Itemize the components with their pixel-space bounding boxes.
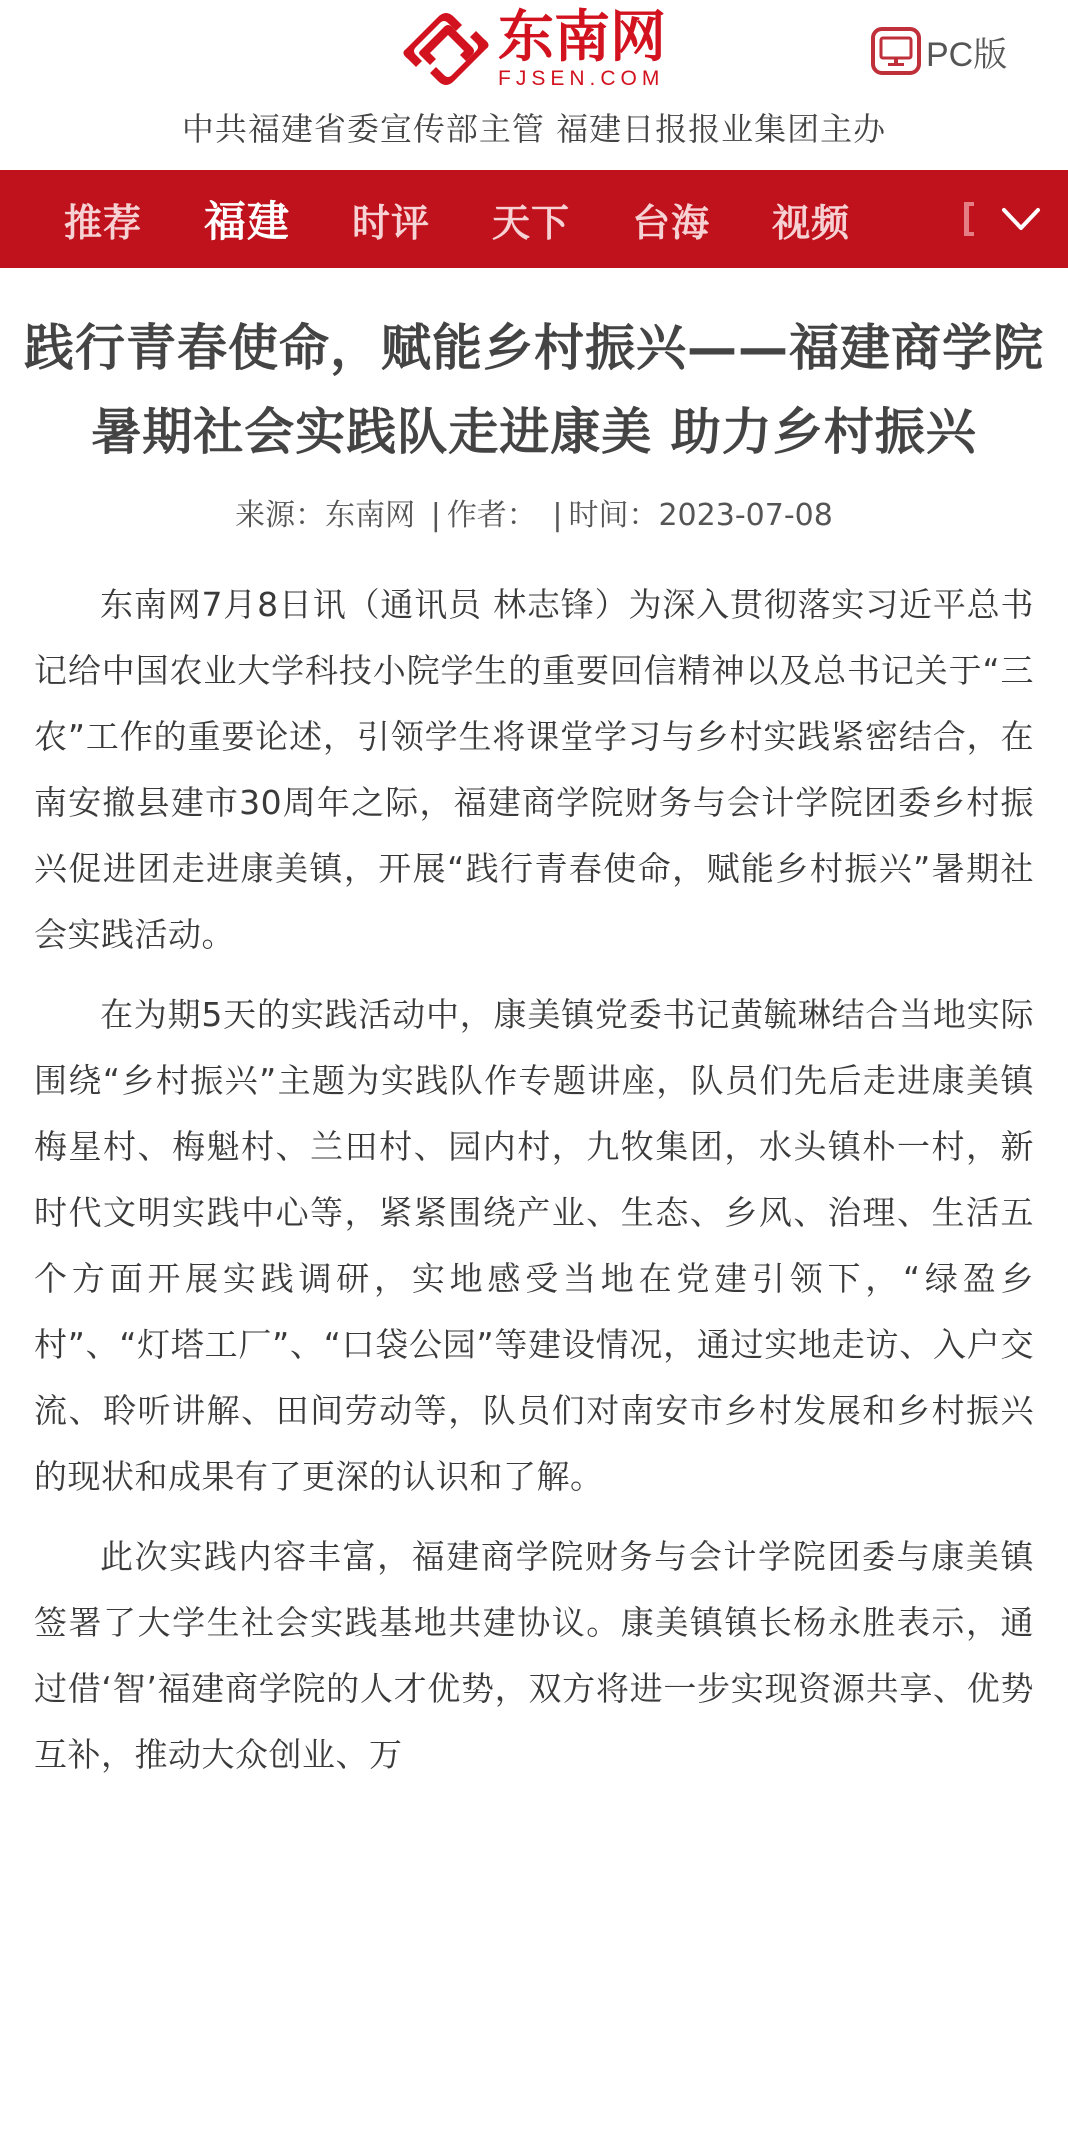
logo-chinese-text: 东南网 [498, 8, 666, 68]
source-value: 东南网 [325, 498, 415, 533]
nav-item-truncated[interactable] [964, 202, 974, 236]
site-header: 东南网 FJSEN.COM PC版 中共福建省委宣传部主管 福建日报报业集团主办 [0, 0, 1068, 170]
article-title: 践行青春使命，赋能乡村振兴——福建商学院暑期社会实践队走进康美 助力乡村振兴 [16, 306, 1052, 474]
article: 践行青春使命，赋能乡村振兴——福建商学院暑期社会实践队走进康美 助力乡村振兴 来… [0, 268, 1068, 1802]
nav-item-fujian[interactable]: 福建 [204, 189, 290, 249]
nav-item-recommend[interactable]: 推荐 [64, 192, 142, 247]
fjsen-logo-icon [398, 7, 494, 91]
logo-english-text: FJSEN.COM [498, 68, 666, 90]
pc-version-link[interactable]: PC版 [870, 26, 1007, 76]
nav-item-world[interactable]: 天下 [492, 192, 570, 247]
nav-item-taiwan-strait[interactable]: 台海 [632, 192, 710, 247]
article-paragraph: 东南网7月8日讯（通讯员 林志锋）为深入贯彻落实习近平总书记给中国农业大学科技小… [34, 572, 1034, 968]
meta-separator: | [552, 498, 562, 533]
pc-version-label: PC版 [926, 27, 1007, 76]
site-tagline: 中共福建省委宣传部主管 福建日报报业集团主办 [0, 104, 1068, 150]
site-logo[interactable]: 东南网 FJSEN.COM [398, 6, 666, 92]
time-label: 时间： [568, 498, 658, 533]
meta-separator: | [431, 498, 441, 533]
article-body: 东南网7月8日讯（通讯员 林志锋）为深入贯彻落实习近平总书记给中国农业大学科技小… [0, 572, 1068, 1788]
chevron-down-icon[interactable] [998, 196, 1044, 242]
publish-date: 2023-07-08 [658, 498, 832, 533]
source-label: 来源： [235, 498, 325, 533]
nav-item-commentary[interactable]: 时评 [352, 192, 430, 247]
article-paragraph: 此次实践内容丰富，福建商学院财务与会计学院团委与康美镇签署了大学生社会实践基地共… [34, 1524, 1034, 1788]
channel-nav: 推荐 福建 时评 天下 台海 视频 [0, 170, 1068, 268]
article-paragraph: 在为期5天的实践活动中，康美镇党委书记黄毓琳结合当地实际围绕“乡村振兴”主题为实… [34, 982, 1034, 1510]
article-meta: 来源：东南网 |作者： |时间：2023-07-08 [0, 496, 1068, 536]
monitor-icon [870, 26, 922, 76]
nav-item-video[interactable]: 视频 [772, 192, 850, 247]
author-label: 作者： [447, 498, 537, 533]
